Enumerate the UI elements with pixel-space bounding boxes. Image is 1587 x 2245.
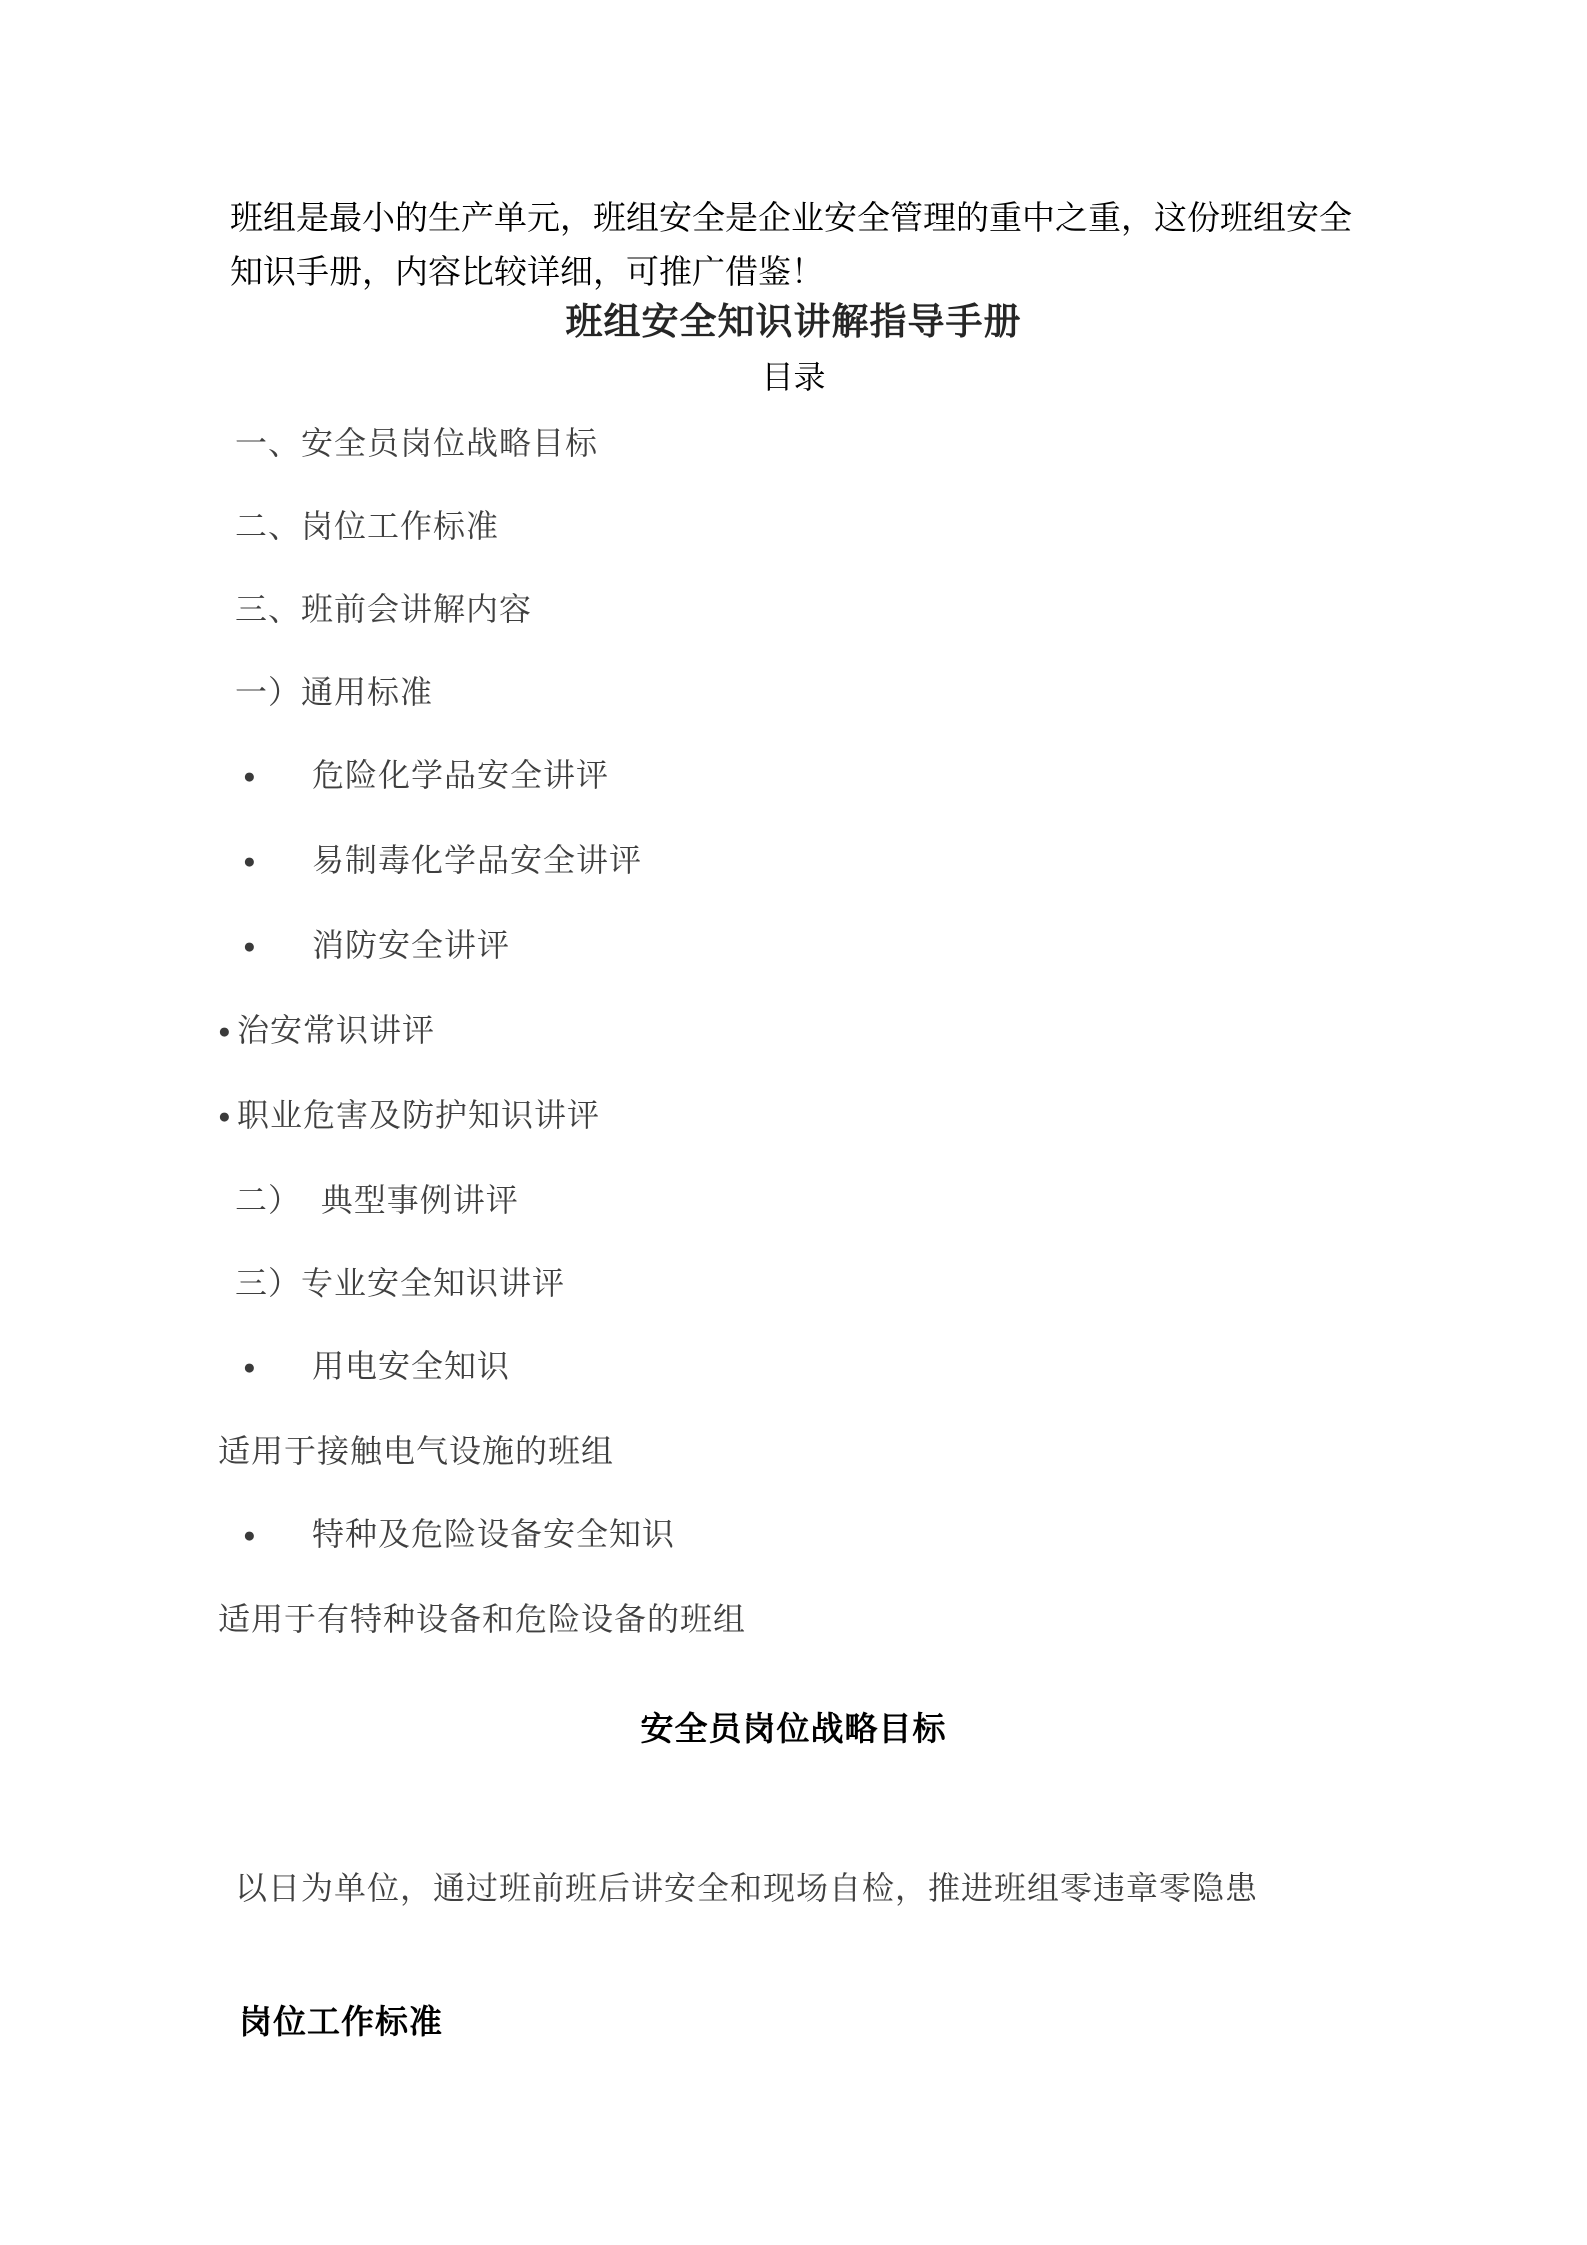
toc-item-label: 二） 典型事例讲评 — [235, 1182, 519, 1218]
toc-item-label: 一）通用标准 — [235, 674, 433, 710]
toc-item: 三）专业安全知识讲评 — [235, 1266, 1369, 1300]
table-of-contents: 一、安全员岗位战略目标 二、岗位工作标准 三、班前会讲解内容 一）通用标准 ●危… — [218, 426, 1369, 1636]
toc-item: 一）通用标准 — [235, 675, 1369, 709]
toc-item: 适用于接触电气设施的班组 — [218, 1434, 1369, 1468]
bullet-icon: ● — [218, 1015, 237, 1049]
toc-item: ●消防安全讲评 — [243, 928, 1369, 964]
section-heading-work-standard: 岗位工作标准 — [239, 2005, 1369, 2041]
toc-item: 二、岗位工作标准 — [235, 509, 1369, 543]
toc-item: 适用于有特种设备和危险设备的班组 — [218, 1602, 1369, 1636]
toc-item-label: 特种及危险设备安全知识 — [312, 1516, 675, 1552]
toc-item: ●特种及危险设备安全知识 — [243, 1517, 1369, 1553]
toc-item: ●易制毒化学品安全讲评 — [243, 843, 1369, 879]
toc-item-label: 一、安全员岗位战略目标 — [235, 425, 598, 461]
toc-item: ●职业危害及防护知识讲评 — [218, 1098, 1369, 1134]
document-page: 班组是最小的生产单元，班组安全是企业安全管理的重中之重，这份班组安全 知识手册，… — [0, 0, 1587, 2245]
toc-item-label: 职业危害及防护知识讲评 — [237, 1097, 600, 1133]
toc-item-label: 用电安全知识 — [312, 1348, 510, 1384]
toc-item-label: 危险化学品安全讲评 — [312, 757, 609, 793]
toc-item: ●治安常识讲评 — [218, 1013, 1369, 1049]
toc-item-label: 适用于有特种设备和危险设备的班组 — [218, 1601, 746, 1637]
toc-item-label: 治安常识讲评 — [237, 1012, 435, 1048]
toc-item-label: 三）专业安全知识讲评 — [235, 1265, 565, 1301]
toc-item: ●危险化学品安全讲评 — [243, 758, 1369, 794]
toc-item-label: 三、班前会讲解内容 — [235, 591, 532, 627]
page-title: 班组安全知识讲解指导手册 — [218, 300, 1369, 344]
toc-item: 二） 典型事例讲评 — [235, 1183, 1369, 1217]
bullet-icon: ● — [243, 760, 312, 794]
toc-item: 三、班前会讲解内容 — [235, 592, 1369, 626]
bullet-icon: ● — [243, 845, 312, 879]
toc-item-label: 二、岗位工作标准 — [235, 508, 499, 544]
bullet-icon: ● — [243, 1351, 312, 1385]
intro-line: 知识手册，内容比较详细，可推广借鉴！ — [230, 246, 1369, 300]
bullet-icon: ● — [243, 930, 312, 964]
section-heading-strategic-goal: 安全员岗位战略目标 — [218, 1712, 1369, 1748]
bullet-icon: ● — [243, 1519, 312, 1553]
bullet-icon: ● — [218, 1100, 237, 1134]
document-content: 班组是最小的生产单元，班组安全是企业安全管理的重中之重，这份班组安全 知识手册，… — [218, 0, 1369, 2041]
toc-item: ●用电安全知识 — [243, 1349, 1369, 1385]
toc-item-label: 适用于接触电气设施的班组 — [218, 1433, 614, 1469]
body-paragraph: 以日为单位，通过班前班后讲安全和现场自检，推进班组零违章零隐患 — [235, 1870, 1369, 1906]
toc-title: 目录 — [218, 360, 1369, 394]
toc-item-label: 消防安全讲评 — [312, 927, 510, 963]
intro-line: 班组是最小的生产单元，班组安全是企业安全管理的重中之重，这份班组安全 — [230, 192, 1369, 246]
toc-item-label: 易制毒化学品安全讲评 — [312, 842, 642, 878]
intro-paragraph: 班组是最小的生产单元，班组安全是企业安全管理的重中之重，这份班组安全 知识手册，… — [230, 192, 1369, 300]
toc-item: 一、安全员岗位战略目标 — [235, 426, 1369, 460]
